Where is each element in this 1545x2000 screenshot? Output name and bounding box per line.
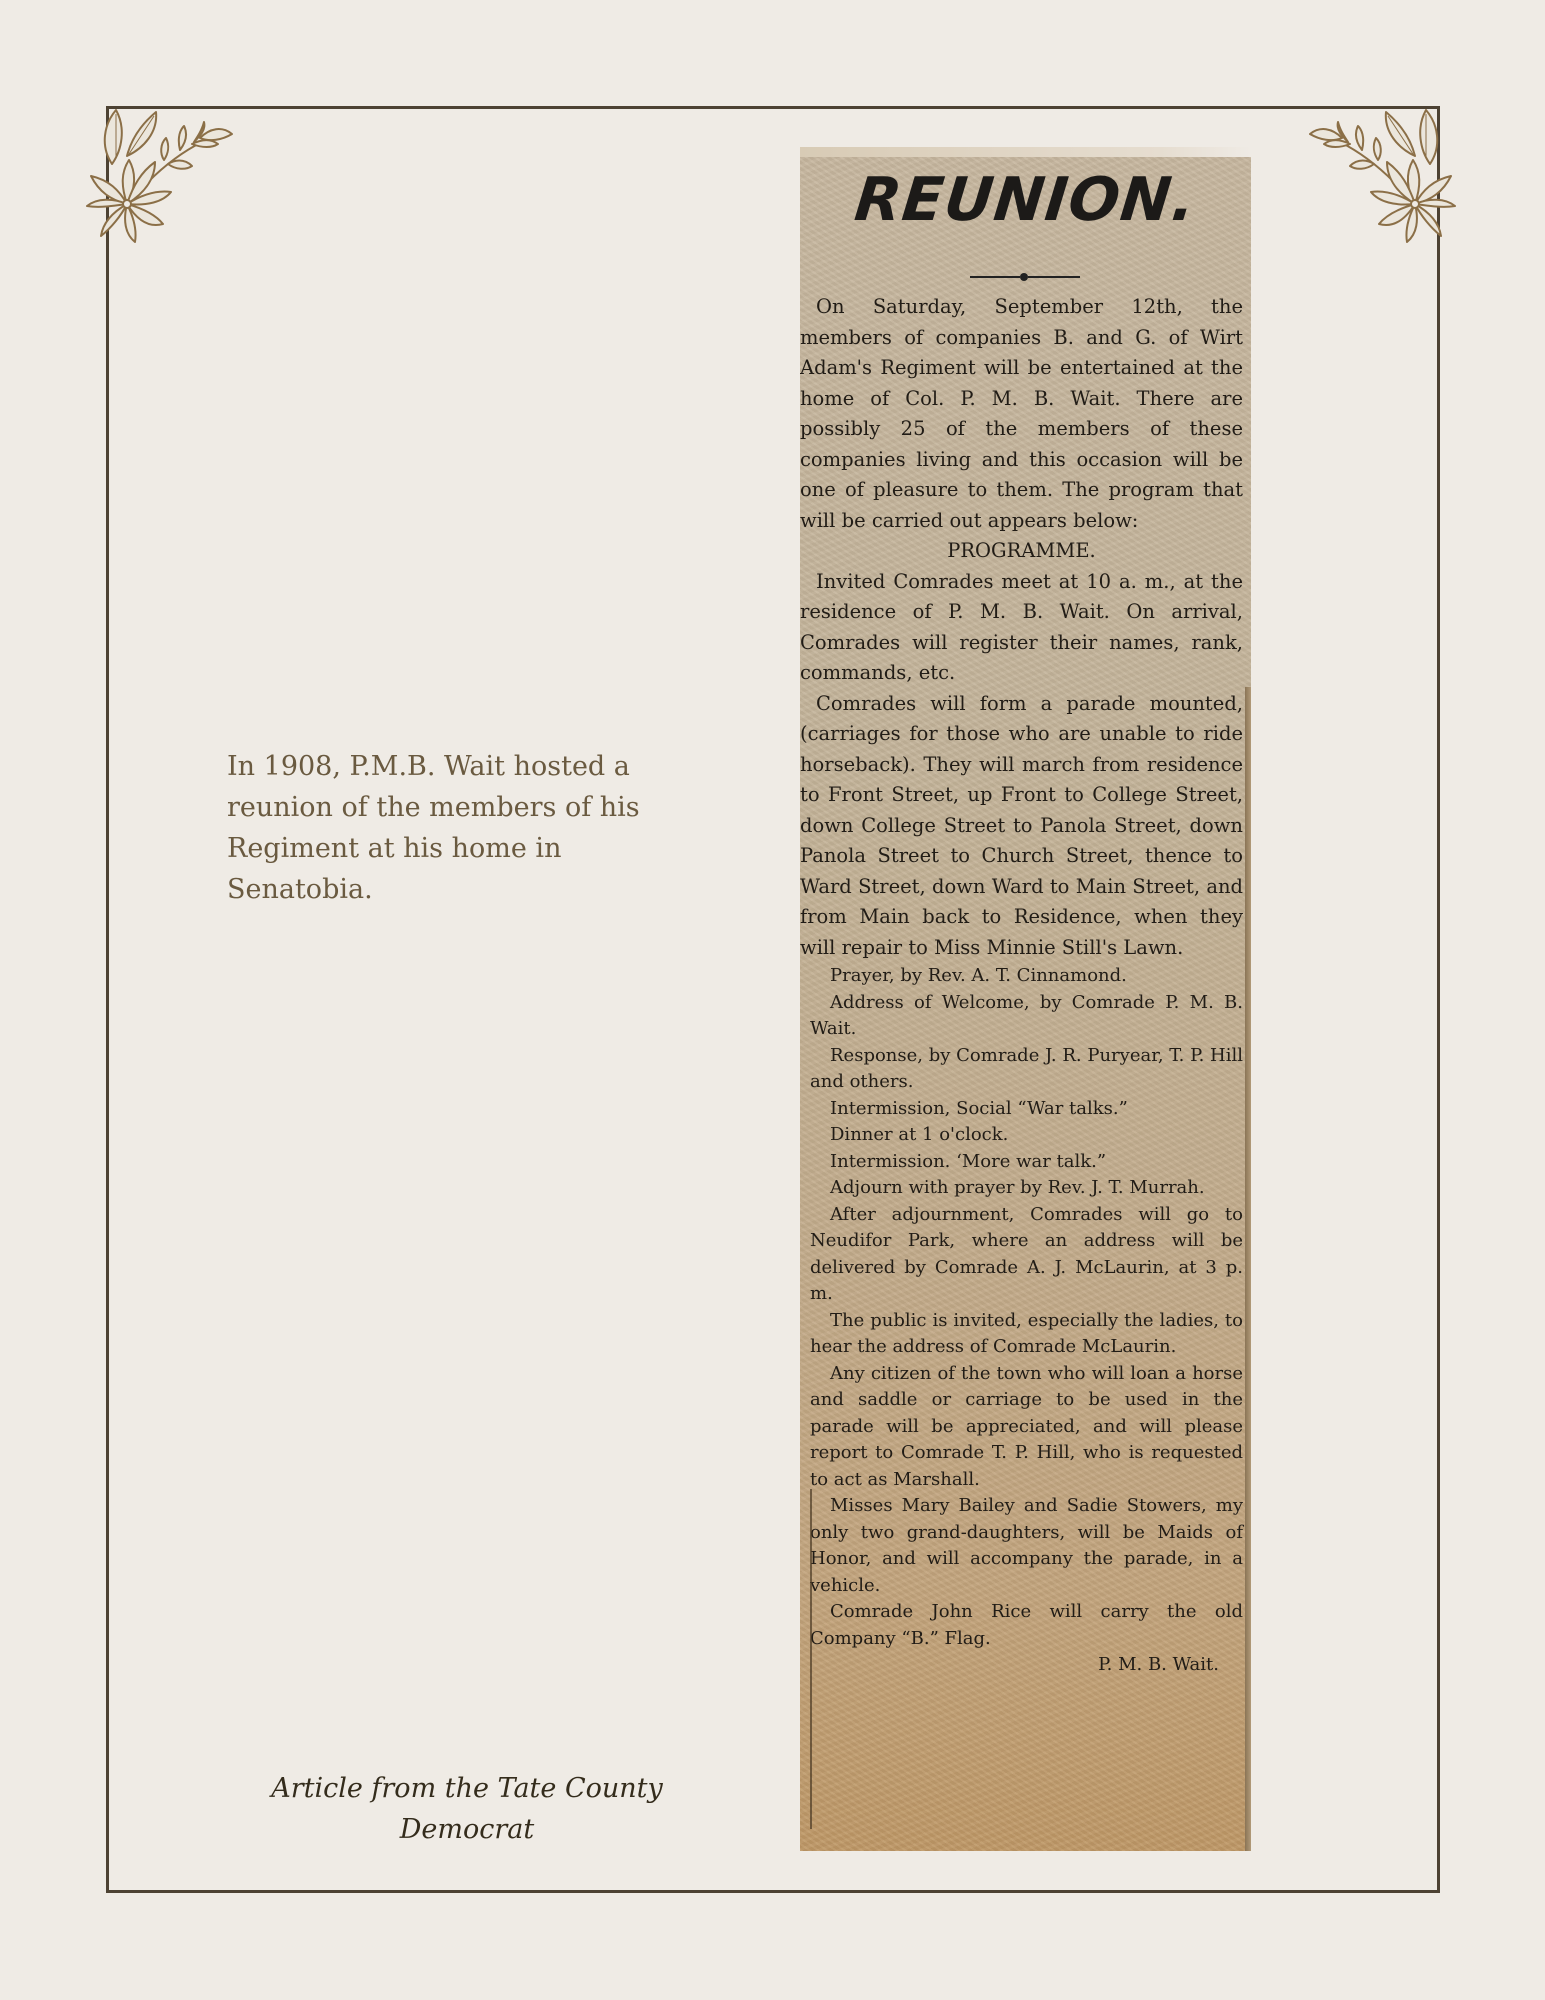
clipping-paragraph: Misses Mary Bailey and Sadie Stowers, my… [810, 1493, 1243, 1599]
clipping-paragraph: Any citizen of the town who will loan a … [810, 1361, 1243, 1494]
torn-top-strip [800, 147, 1251, 157]
clipping-paragraph: Invited Comrades meet at 10 a. m., at th… [800, 567, 1243, 689]
clipping-column-rule [810, 1489, 812, 1829]
clipping-paragraph: On Saturday, September 12th, the members… [800, 292, 1243, 536]
clipping-headline: REUNION. [800, 165, 1251, 235]
clipping-paragraph: The public is invited, especially the la… [810, 1308, 1243, 1361]
floral-corner-icon [82, 104, 232, 244]
programme-item: Intermission, Social “War talks.” [810, 1096, 1243, 1123]
programme-item: Prayer, by Rev. A. T. Cinnamond. [810, 963, 1243, 990]
clipping-body: On Saturday, September 12th, the members… [800, 292, 1243, 1679]
clipping-signature: P. M. B. Wait. [810, 1652, 1243, 1679]
clipping-paragraph: Comrades will form a parade mounted, (ca… [800, 689, 1243, 964]
programme-item: Response, by Comrade J. R. Puryear, T. P… [810, 1043, 1243, 1096]
programme-item: Address of Welcome, by Comrade P. M. B. … [810, 990, 1243, 1043]
programme-heading: PROGRAMME. [800, 536, 1243, 567]
clipping-caption: Article from the Tate County Democrat [232, 1768, 702, 1850]
clipping-torn-edge [1245, 687, 1251, 1851]
divider-ornament-icon [970, 272, 1080, 282]
clipping-paragraph: After adjournment, Comrades will go to N… [810, 1202, 1243, 1308]
intro-text: In 1908, P.M.B. Wait hosted a reunion of… [227, 746, 697, 910]
programme-item: Adjourn with prayer by Rev. J. T. Murrah… [810, 1175, 1243, 1202]
clipping-paragraph: Comrade John Rice will carry the old Com… [810, 1599, 1243, 1652]
programme-item: Dinner at 1 o'clock. [810, 1122, 1243, 1149]
programme-item: Intermission. ‘More war talk.” [810, 1149, 1243, 1176]
floral-corner-icon [1310, 104, 1460, 244]
newspaper-clipping: REUNION. On Saturday, September 12th, th… [800, 147, 1251, 1851]
